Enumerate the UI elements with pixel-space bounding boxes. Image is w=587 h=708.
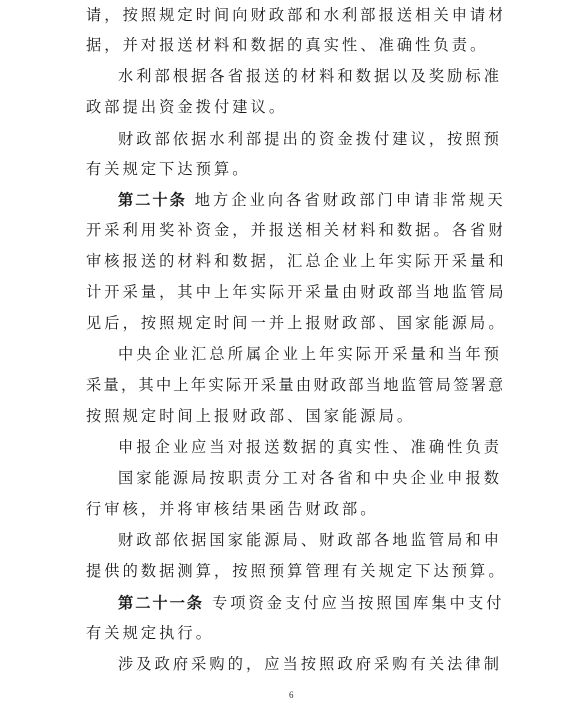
text-line: 按照规定时间上报财政部、国家能源局。 (86, 401, 502, 432)
text-line: 有关规定下达预算。 (86, 154, 502, 185)
text-line: 有关规定执行。 (86, 618, 502, 649)
article-21-line: 第二十一条专项资金支付应当按照国库集中支付制度 (86, 588, 502, 619)
article-text: 地方企业向各省财政部门申请非常规天然气 (195, 191, 502, 209)
paragraph-line: 财政部依据国家能源局、财政部各地监管局和申请企业 (86, 525, 502, 556)
text-line: 据，并对报送材料和数据的真实性、准确性负责。 (86, 30, 502, 61)
text-line: 见后，按照规定时间一并上报财政部、国家能源局。 (86, 308, 502, 339)
article-text: 专项资金支付应当按照国库集中支付制度 (212, 594, 502, 612)
paragraph-line: 涉及政府采购的，应当按照政府采购有关法律制度规定 (86, 649, 502, 680)
text-line: 采量，其中上年实际开采量由财政部当地监管局签署意见后， (86, 370, 502, 401)
paragraph-line: 中央企业汇总所属企业上年实际开采量和当年预计开 (86, 339, 502, 370)
text-line: 行审核，并将审核结果函告财政部。 (86, 494, 502, 525)
text-line: 计开采量，其中上年实际开采量由财政部当地监管局签署意 (86, 277, 502, 308)
article-heading: 第二十一条 (118, 594, 204, 612)
text-line: 审核报送的材料和数据，汇总企业上年实际开采量和当年预 (86, 246, 502, 277)
article-20-line: 第二十条地方企业向各省财政部门申请非常规天然气 (86, 185, 502, 216)
text-line: 政部提出资金拨付建议。 (86, 92, 502, 123)
paragraph-line: 财政部依据水利部提出的资金拨付建议，按照预算管理 (86, 124, 502, 155)
page-number: 6 (289, 690, 294, 700)
paragraph-line: 国家能源局按职责分工对各省和中央企业申报数据进 (86, 463, 502, 494)
text-line: 提供的数据测算，按照预算管理有关规定下达预算。 (86, 556, 502, 587)
article-heading: 第二十条 (118, 191, 187, 209)
text-line: 请，按照规定时间向财政部和水利部报送相关申请材料和数 (86, 0, 502, 31)
text-line: 开采利用奖补资金，并报送相关材料和数据。各省财政部门 (86, 215, 502, 246)
paragraph-line: 水利部根据各省报送的材料和数据以及奖励标准，向财 (86, 61, 502, 92)
paragraph-line: 申报企业应当对报送数据的真实性、准确性负责。 (86, 432, 502, 463)
